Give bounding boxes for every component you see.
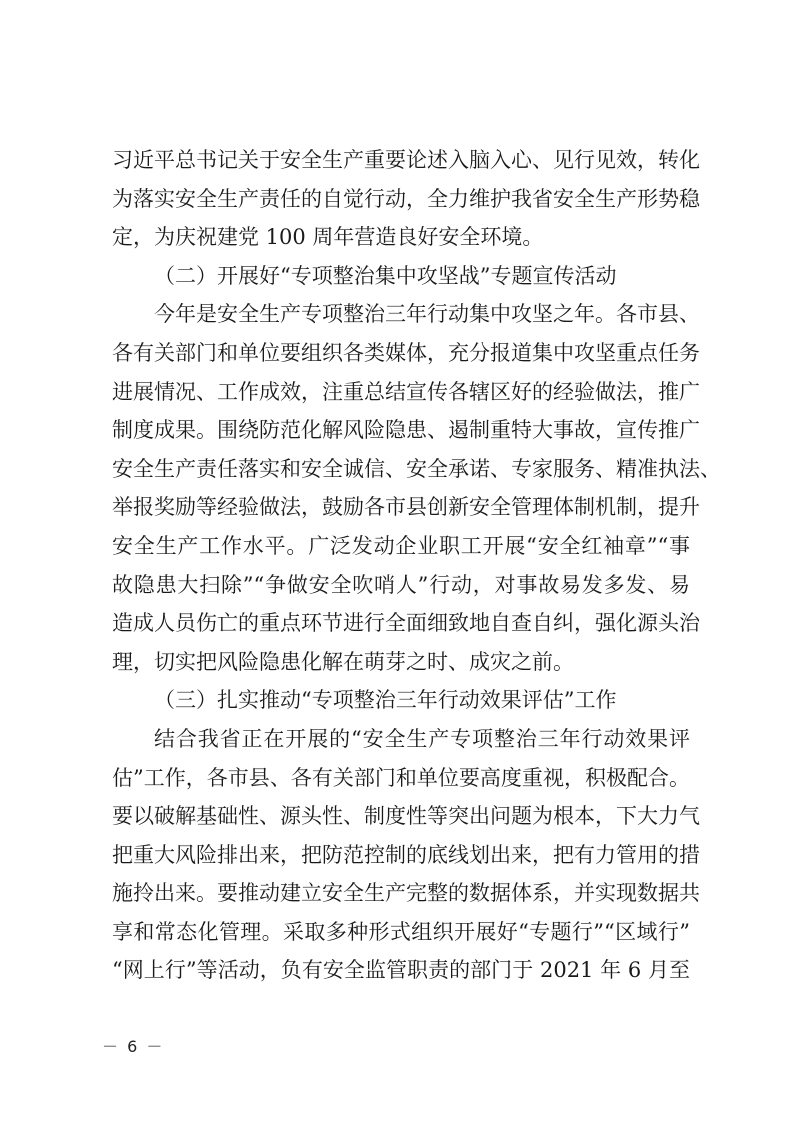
text-line: 安全生产工作水平。广泛发动企业职工开展“安全红袖章”“事 xyxy=(112,527,690,566)
text-line: 故隐患大扫除”“争做安全吹哨人”行动，对事故易发多发、易 xyxy=(112,566,690,605)
text-line: 造成人员伤亡的重点环节进行全面细致地自查自纠，强化源头治 xyxy=(112,604,690,643)
body-text: 习近平总书记关于安全生产重要论述入脑入心、见行见效，转化 为落实安全生产责任的自… xyxy=(112,141,690,990)
text-line: 施拎出来。要推动建立安全生产完整的数据体系，并实现数据共 xyxy=(112,874,690,913)
text-line: “网上行”等活动，负有安全监管职责的部门于 2021 年 6 月至 xyxy=(112,951,690,990)
text-line: 估”工作，各市县、各有关部门和单位要高度重视，积极配合。 xyxy=(112,759,690,798)
text-line: 进展情况、工作成效，注重总结宣传各辖区好的经验做法，推广 xyxy=(112,373,690,412)
text-line: 享和常态化管理。采取多种形式组织开展好“专题行”“区域行” xyxy=(112,913,690,952)
text-line: 理，切实把风险隐患化解在萌芽之时、成灾之前。 xyxy=(112,643,690,682)
paragraph-start: 今年是安全生产专项整治三年行动集中攻坚之年。各市县、 xyxy=(112,295,690,334)
text-line: 把重大风险排出来，把防范控制的底线划出来，把有力管用的措 xyxy=(112,836,690,875)
document-page: 习近平总书记关于安全生产重要论述入脑入心、见行见效，转化 为落实安全生产责任的自… xyxy=(0,0,793,1122)
text-line: 要以破解基础性、源头性、制度性等突出问题为根本，下大力气 xyxy=(112,797,690,836)
text-line: 习近平总书记关于安全生产重要论述入脑入心、见行见效，转化 xyxy=(112,141,690,180)
text-line: 为落实安全生产责任的自觉行动，全力维护我省安全生产形势稳 xyxy=(112,180,690,219)
paragraph-start: 结合我省正在开展的“安全生产专项整治三年行动效果评 xyxy=(112,720,690,759)
text-line: 定，为庆祝建党 100 周年营造良好安全环境。 xyxy=(112,218,690,257)
text-line: 各有关部门和单位要组织各类媒体，充分报道集中攻坚重点任务 xyxy=(112,334,690,373)
page-number: － 6 － xyxy=(102,1034,164,1057)
text-line: 举报奖励等经验做法，鼓励各市县创新安全管理体制机制，提升 xyxy=(112,488,690,527)
text-line: 制度成果。围绕防范化解风险隐患、遏制重特大事故，宣传推广 xyxy=(112,411,690,450)
section-heading-2: （二）开展好“专项整治集中攻坚战”专题宣传活动 xyxy=(112,257,690,296)
text-line: 安全生产责任落实和安全诚信、安全承诺、专家服务、精准执法、 xyxy=(112,450,690,489)
section-heading-3: （三）扎实推动“专项整治三年行动效果评估”工作 xyxy=(112,681,690,720)
